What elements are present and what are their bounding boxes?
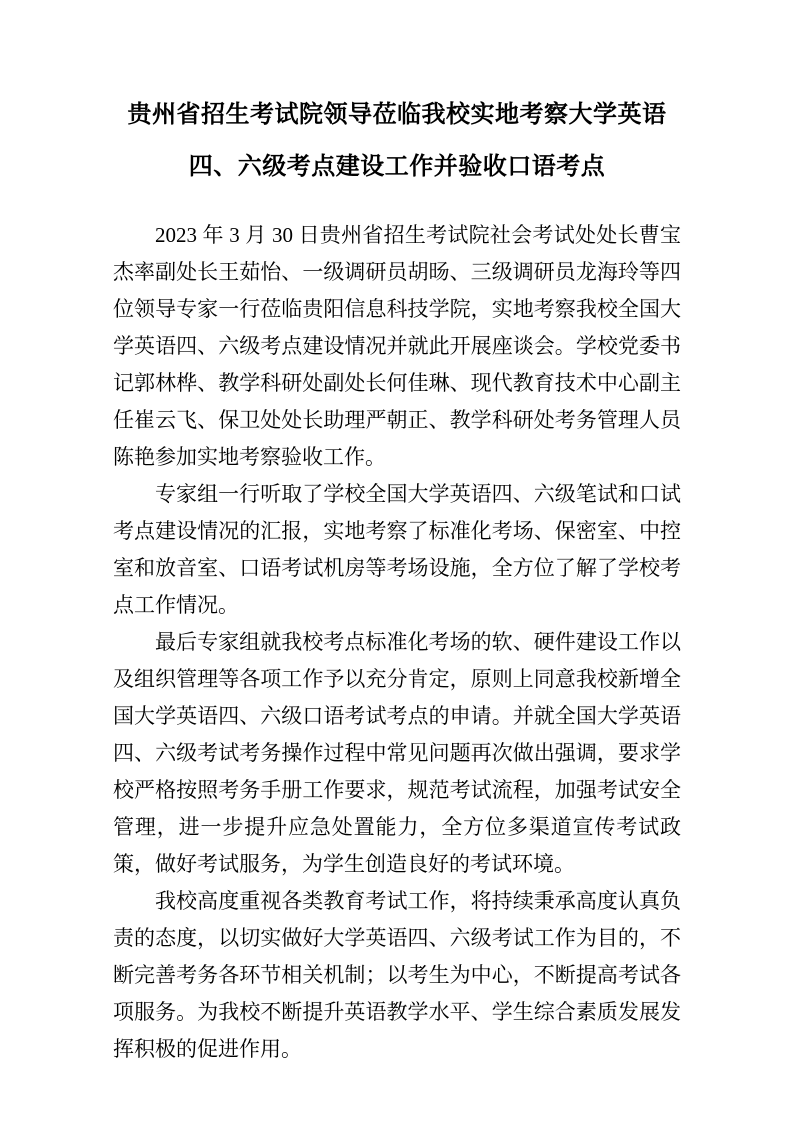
paragraph-inspection-details: 专家组一行听取了学校全国大学英语四、六级笔试和口试考点建设情况的汇报，实地考察了… xyxy=(113,476,681,624)
document-body: 2023 年 3 月 30 日贵州省招生考试院社会考试处处长曹宝杰率副处长王茹怡… xyxy=(113,217,681,1068)
document-page: 贵州省招生考试院领导莅临我校实地考察大学英语 四、六级考点建设工作并验收口语考点… xyxy=(0,0,793,1122)
paragraph-visit-overview: 2023 年 3 月 30 日贵州省招生考试院社会考试处处长曹宝杰率副处长王茹怡… xyxy=(113,217,681,476)
paragraph-approval-and-requirements: 最后专家组就我校考点标准化考场的软、硬件建设工作以及组织管理等各项工作予以充分肯… xyxy=(113,624,681,883)
document-title-line-1: 贵州省招生考试院领导莅临我校实地考察大学英语 xyxy=(113,89,681,141)
document-title: 贵州省招生考试院领导莅临我校实地考察大学英语 四、六级考点建设工作并验收口语考点 xyxy=(113,89,681,193)
document-title-line-2: 四、六级考点建设工作并验收口语考点 xyxy=(113,141,681,193)
paragraph-school-commitment: 我校高度重视各类教育考试工作，将持续秉承高度认真负责的态度，以切实做好大学英语四… xyxy=(113,883,681,1068)
